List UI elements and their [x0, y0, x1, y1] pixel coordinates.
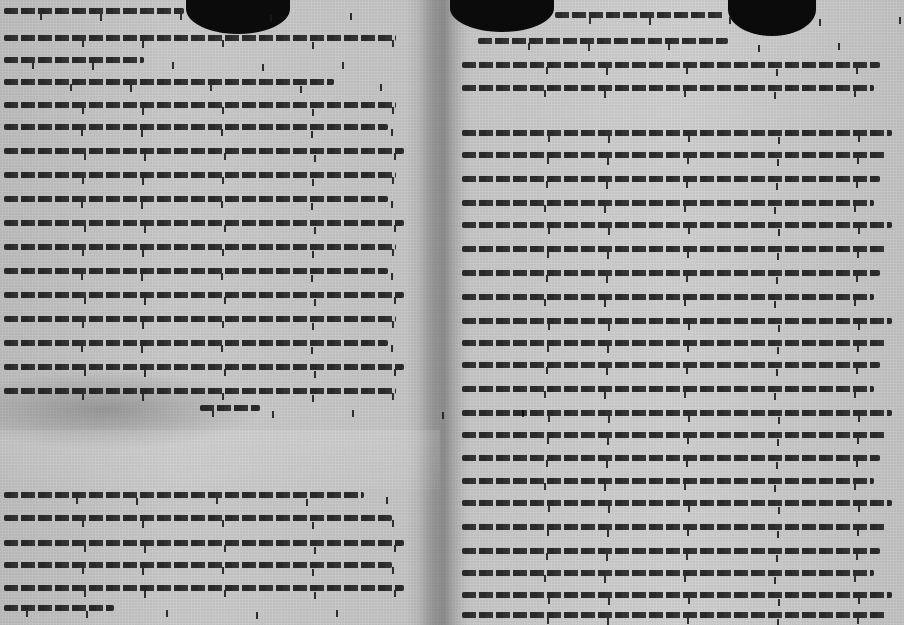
handwritten-line	[4, 57, 144, 63]
handwritten-line	[462, 592, 892, 598]
handwritten-line	[462, 432, 886, 438]
handwritten-line	[462, 362, 880, 368]
manuscript-photo: Grayscale halftone photograph of a two-c…	[0, 0, 904, 625]
handwritten-line	[462, 85, 874, 91]
handwritten-line	[4, 244, 396, 250]
handwritten-line	[462, 340, 886, 346]
handwritten-line	[4, 340, 388, 346]
handwritten-line	[462, 500, 892, 506]
handwritten-line	[462, 270, 880, 276]
handwritten-line	[4, 492, 364, 498]
handwritten-line	[462, 410, 892, 416]
handwritten-line	[4, 562, 392, 568]
handwritten-line	[4, 268, 388, 274]
handwritten-line	[4, 605, 114, 611]
handwritten-line	[4, 292, 404, 298]
handwritten-line	[462, 176, 880, 182]
handwritten-line	[478, 38, 728, 44]
handwritten-line	[4, 102, 396, 108]
handwritten-line	[462, 222, 892, 228]
handwritten-line	[4, 515, 392, 521]
handwritten-line	[4, 8, 184, 14]
handwritten-line	[4, 316, 396, 322]
handwritten-line	[200, 405, 260, 411]
handwritten-line	[462, 386, 874, 392]
blank-gap	[0, 430, 440, 490]
handwritten-line	[4, 220, 404, 226]
handwritten-line	[462, 200, 874, 206]
handwritten-line	[462, 612, 886, 618]
handwritten-line	[462, 548, 880, 554]
handwritten-line	[462, 62, 880, 68]
handwritten-line	[4, 388, 396, 394]
center-fold	[418, 0, 470, 625]
handwritten-line	[4, 196, 388, 202]
handwritten-line	[4, 172, 396, 178]
handwritten-line	[4, 540, 404, 546]
handwritten-line	[462, 246, 886, 252]
handwritten-line	[462, 130, 892, 136]
handwritten-line	[462, 318, 892, 324]
handwritten-line	[555, 12, 725, 18]
handwritten-line	[4, 148, 404, 154]
handwritten-line	[4, 585, 404, 591]
handwritten-line	[462, 294, 874, 300]
hole	[186, 0, 290, 34]
hole	[728, 0, 816, 36]
handwritten-line	[4, 79, 334, 85]
handwritten-line	[4, 35, 396, 41]
handwritten-line	[462, 152, 886, 158]
handwritten-line	[462, 570, 874, 576]
handwritten-line	[462, 478, 874, 484]
handwritten-line	[4, 364, 404, 370]
handwritten-line	[4, 124, 388, 130]
handwritten-line	[462, 455, 880, 461]
handwritten-line	[462, 524, 886, 530]
